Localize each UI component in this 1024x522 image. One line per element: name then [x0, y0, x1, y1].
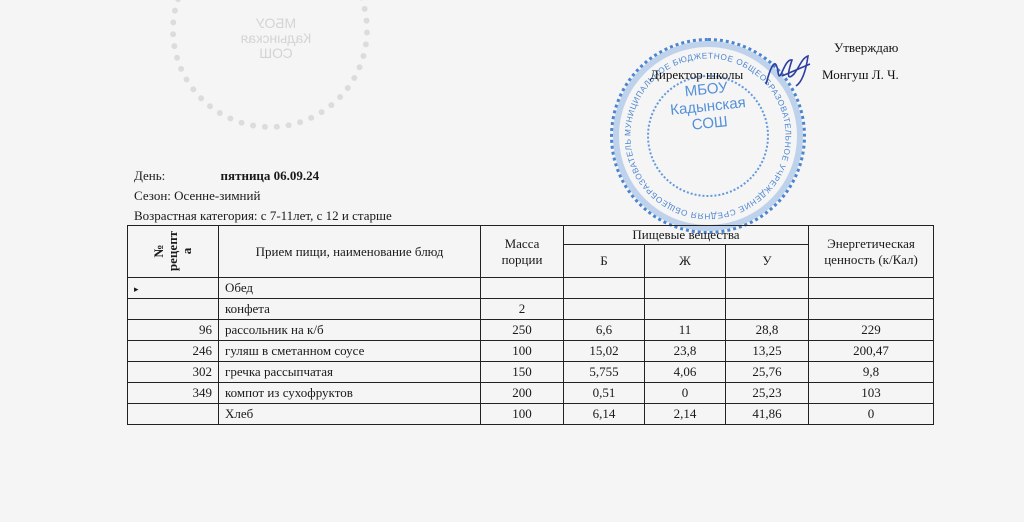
- header-nutrients: Пищевые вещества: [564, 226, 809, 245]
- table-row: 349 компот из сухофруктов 200 0,51 0 25,…: [128, 383, 934, 404]
- cell-carbs: 13,25: [726, 341, 809, 362]
- cell-dish-name: гуляш в сметанном соусе: [219, 341, 481, 362]
- cell-protein: 0,51: [564, 383, 645, 404]
- cell-energy: 9,8: [809, 362, 934, 383]
- director-position: Директор школы: [650, 67, 743, 83]
- header-protein: Б: [564, 245, 645, 278]
- cell-carbs: 25,23: [726, 383, 809, 404]
- table-row: 96 рассольник на к/б 250 6,6 11 28,8 229: [128, 320, 934, 341]
- cell-mass: 2: [481, 299, 564, 320]
- ghost-stamp-line: Кадынская: [231, 31, 321, 46]
- ghost-stamp-bleedthrough: МБОУ Кадынская СОШ: [170, 0, 370, 130]
- cell-dish-name: конфета: [219, 299, 481, 320]
- ink-mark-icon: ▸: [134, 284, 139, 294]
- menu-table: № рецепт а Прием пищи, наименование блюд…: [127, 225, 934, 425]
- cell-fat: 11: [645, 320, 726, 341]
- cell-mass: 100: [481, 404, 564, 425]
- cell-fat: 4,06: [645, 362, 726, 383]
- cell-mass: 250: [481, 320, 564, 341]
- cell-carbs: 41,86: [726, 404, 809, 425]
- cell-dish-name: рассольник на к/б: [219, 320, 481, 341]
- season: Сезон: Осенне-зимний: [134, 188, 260, 204]
- cell-dish-name: Хлеб: [219, 404, 481, 425]
- cell-fat: 23,8: [645, 341, 726, 362]
- cell-carbs: 28,8: [726, 320, 809, 341]
- cell-dish-name: гречка рассыпчатая: [219, 362, 481, 383]
- cell-recipe: 349: [128, 383, 219, 404]
- cell-mass: 200: [481, 383, 564, 404]
- header-energy: Энергетическая ценность (к/Кал): [809, 226, 934, 278]
- cell-mass: 100: [481, 341, 564, 362]
- empty-cell: [564, 278, 645, 299]
- cell-energy: 229: [809, 320, 934, 341]
- section-title: Обед: [219, 278, 481, 299]
- age-category: Возрастная категория: с 7-11лет, с 12 и …: [134, 208, 392, 224]
- cell-recipe: 246: [128, 341, 219, 362]
- cell-carbs: 25,76: [726, 362, 809, 383]
- cell-protein: 6,6: [564, 320, 645, 341]
- header-recipe-no-line: а: [179, 248, 194, 255]
- table-row: 246 гуляш в сметанном соусе 100 15,02 23…: [128, 341, 934, 362]
- ghost-stamp-line: СОШ: [231, 46, 321, 61]
- header-recipe-no-line: №: [151, 244, 166, 257]
- cell-energy: 200,47: [809, 341, 934, 362]
- table-header-row: № рецепт а Прием пищи, наименование блюд…: [128, 226, 934, 245]
- header-recipe-no-line: рецепт: [165, 231, 180, 271]
- cell-energy: [809, 299, 934, 320]
- cell-protein: 6,14: [564, 404, 645, 425]
- cell-energy: 103: [809, 383, 934, 404]
- table-row: 302 гречка рассыпчатая 150 5,755 4,06 25…: [128, 362, 934, 383]
- cell-energy: 0: [809, 404, 934, 425]
- table-row: конфета 2: [128, 299, 934, 320]
- ghost-stamp-line: МБОУ: [231, 16, 321, 31]
- cell-recipe: [128, 299, 219, 320]
- section-recipe-cell: ▸: [128, 278, 219, 299]
- section-row: ▸ Обед: [128, 278, 934, 299]
- empty-cell: [726, 278, 809, 299]
- day-row: День: пятница 06.09.24: [134, 168, 319, 184]
- header-fat: Ж: [645, 245, 726, 278]
- director-name: Монгуш Л. Ч.: [822, 67, 899, 83]
- cell-carbs: [726, 299, 809, 320]
- day-value: пятница 06.09.24: [221, 168, 320, 183]
- approve-label: Утверждаю: [834, 40, 898, 56]
- cell-dish-name: компот из сухофруктов: [219, 383, 481, 404]
- cell-protein: 15,02: [564, 341, 645, 362]
- cell-recipe: 96: [128, 320, 219, 341]
- cell-fat: [645, 299, 726, 320]
- signature-icon: [762, 52, 818, 92]
- cell-recipe: 302: [128, 362, 219, 383]
- cell-mass: 150: [481, 362, 564, 383]
- header-carbs: У: [726, 245, 809, 278]
- cell-recipe: [128, 404, 219, 425]
- header-meal-name: Прием пищи, наименование блюд: [219, 226, 481, 278]
- cell-fat: 0: [645, 383, 726, 404]
- table-row: Хлеб 100 6,14 2,14 41,86 0: [128, 404, 934, 425]
- header-portion-mass: Масса порции: [481, 226, 564, 278]
- header-recipe-no: № рецепт а: [128, 226, 219, 278]
- cell-fat: 2,14: [645, 404, 726, 425]
- empty-cell: [645, 278, 726, 299]
- day-label: День:: [134, 168, 165, 183]
- empty-cell: [481, 278, 564, 299]
- cell-protein: [564, 299, 645, 320]
- empty-cell: [809, 278, 934, 299]
- cell-protein: 5,755: [564, 362, 645, 383]
